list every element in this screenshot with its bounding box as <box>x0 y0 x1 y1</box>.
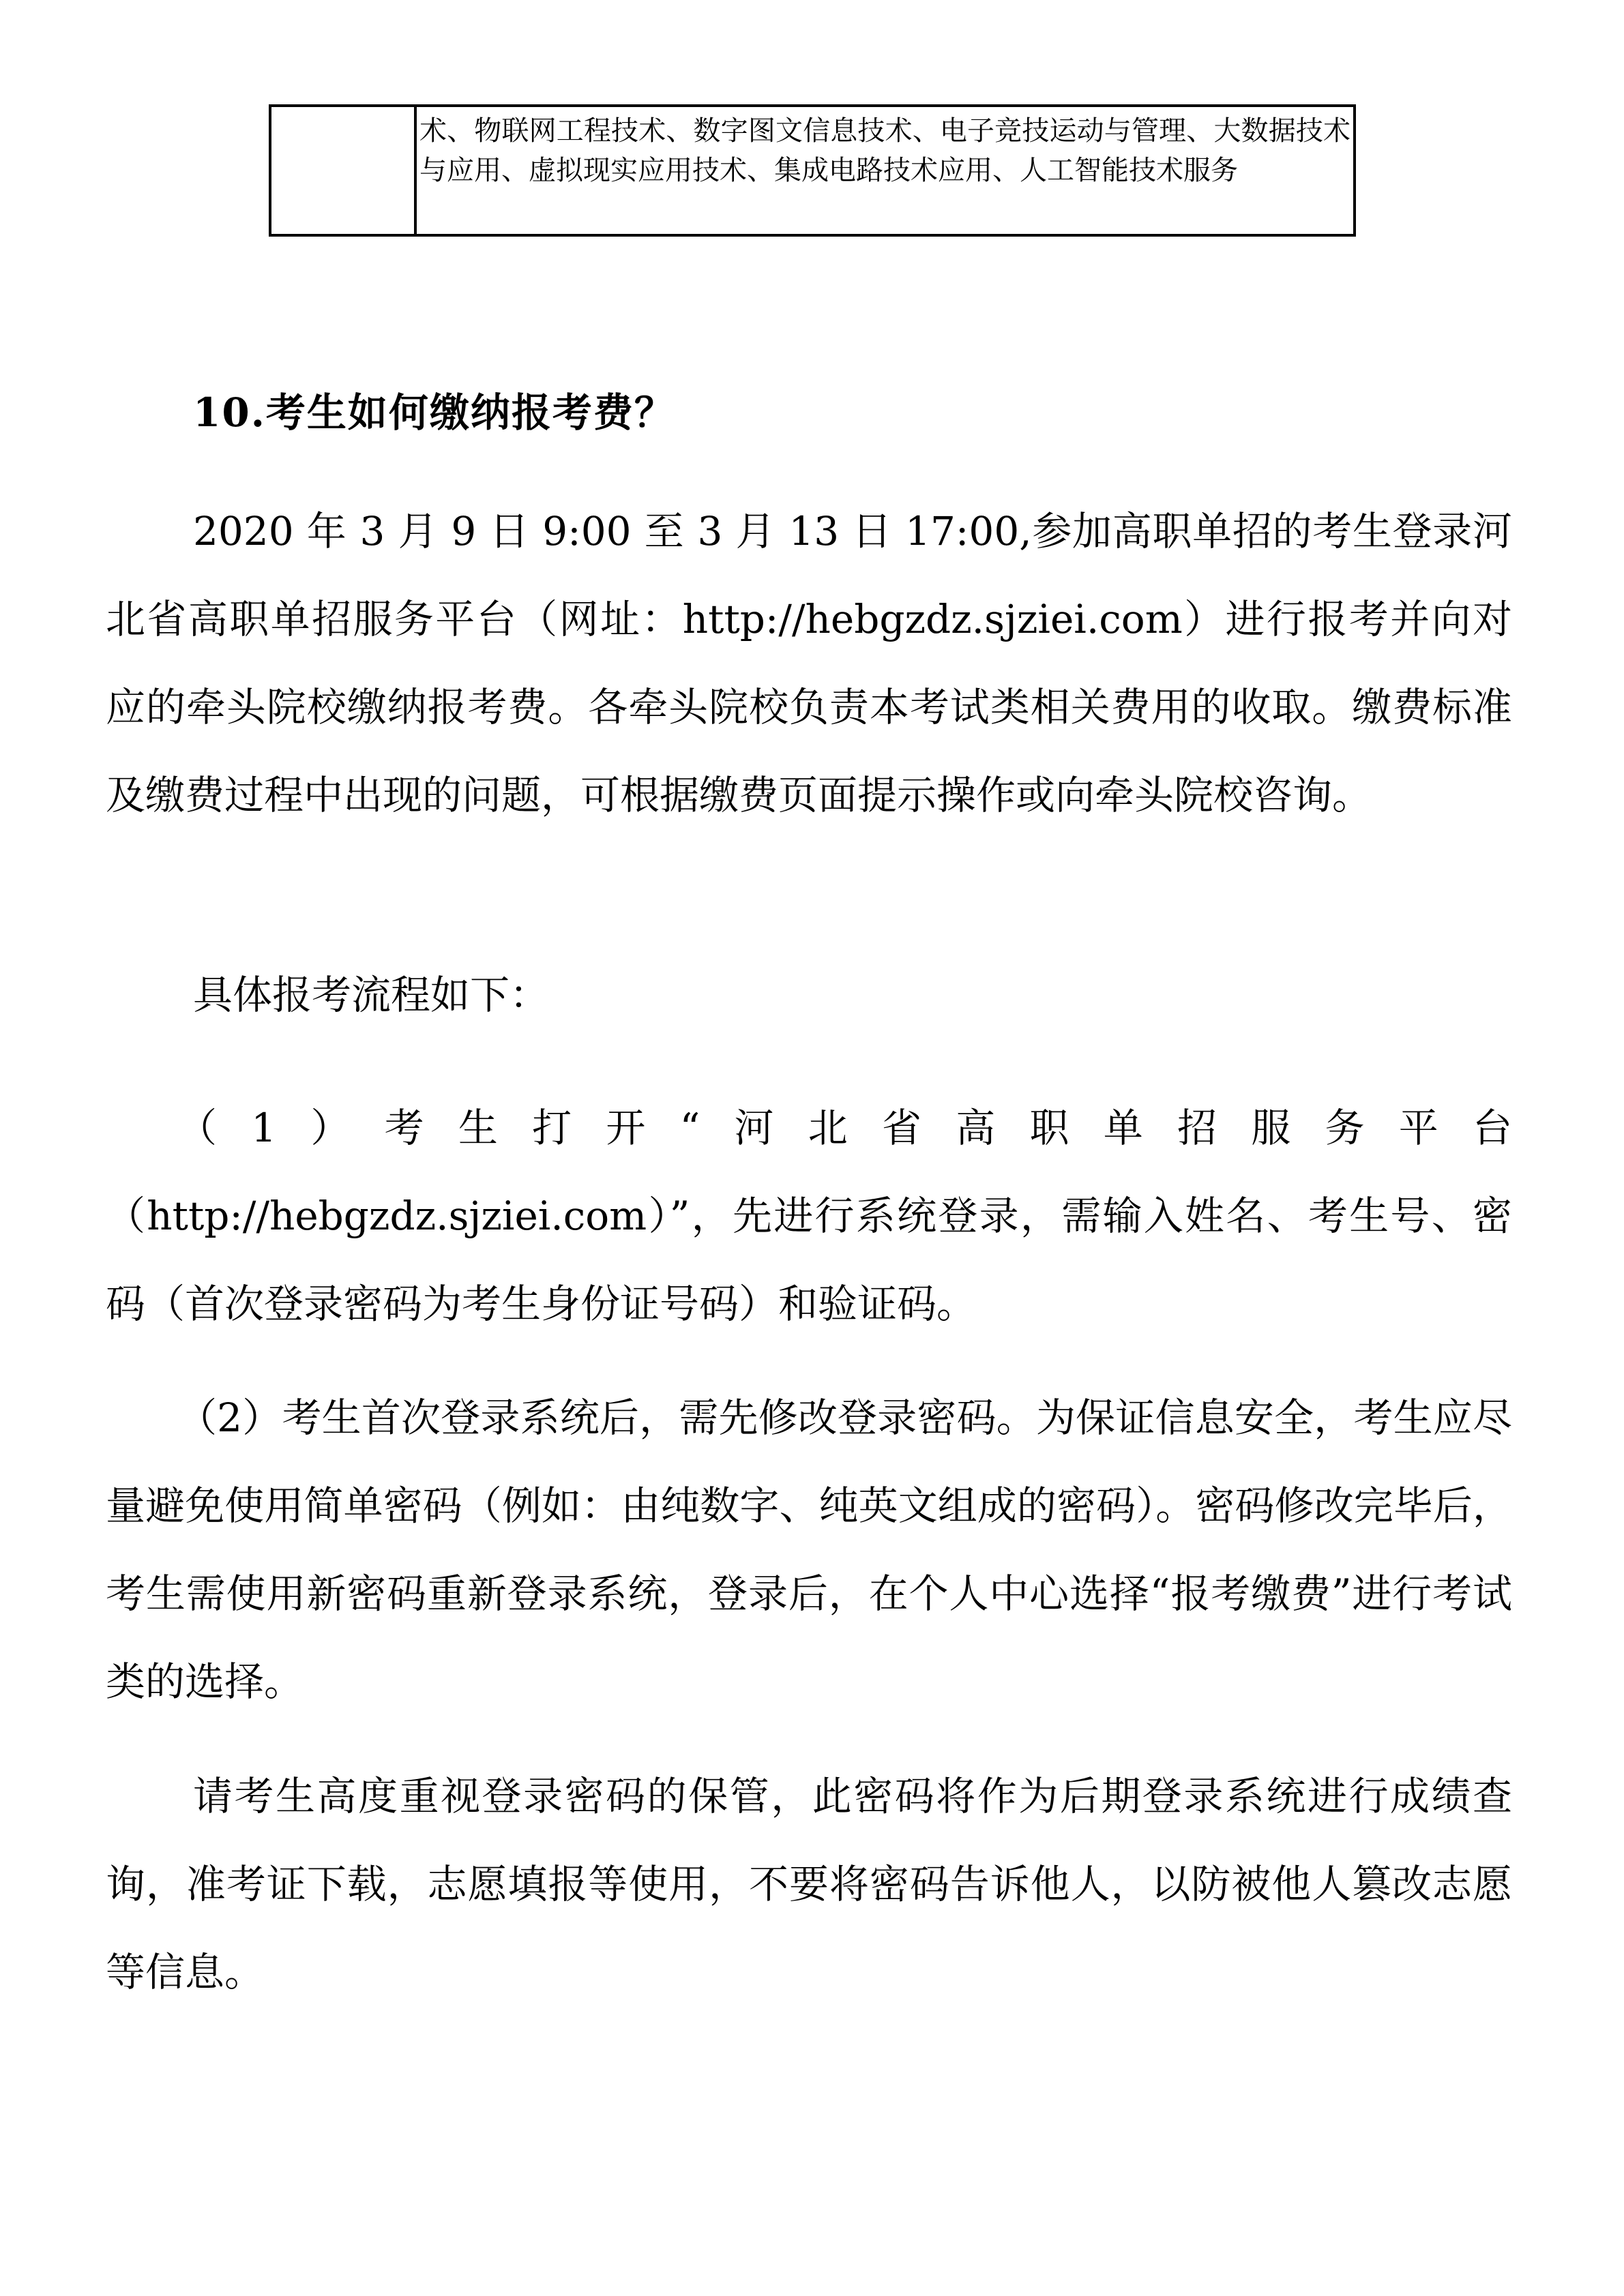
paragraph-step-1: （1）考生打开“河北省高职单招服务平台（http://hebgzdz.sjzie… <box>106 1084 1512 1348</box>
paragraph-password-notice: 请考生高度重视登录密码的保管，此密码将作为后期登录系统进行成绩查询，准考证下载，… <box>106 1753 1512 2016</box>
paragraph-registration-period: 2020 年 3 月 9 日 9:00 至 3 月 13 日 17:00,参加高… <box>106 488 1512 839</box>
document-page: 术、物联网工程技术、数字图文信息技术、电子竞技运动与管理、大数据技术与应用、虚拟… <box>0 0 1624 2296</box>
paragraph-step-2: （2）考生首次登录系统后，需先修改登录密码。为保证信息安全，考生应尽量避免使用简… <box>106 1374 1512 1726</box>
paragraph-process-intro: 具体报考流程如下： <box>106 951 1512 1039</box>
continuation-table: 术、物联网工程技术、数字图文信息技术、电子竞技运动与管理、大数据技术与应用、虚拟… <box>269 104 1356 237</box>
section-heading: 10.考生如何缴纳报考费？ <box>193 378 675 447</box>
table-cell-category <box>271 107 417 234</box>
table-cell-majors: 术、物联网工程技术、数字图文信息技术、电子竞技运动与管理、大数据技术与应用、虚拟… <box>417 107 1353 234</box>
